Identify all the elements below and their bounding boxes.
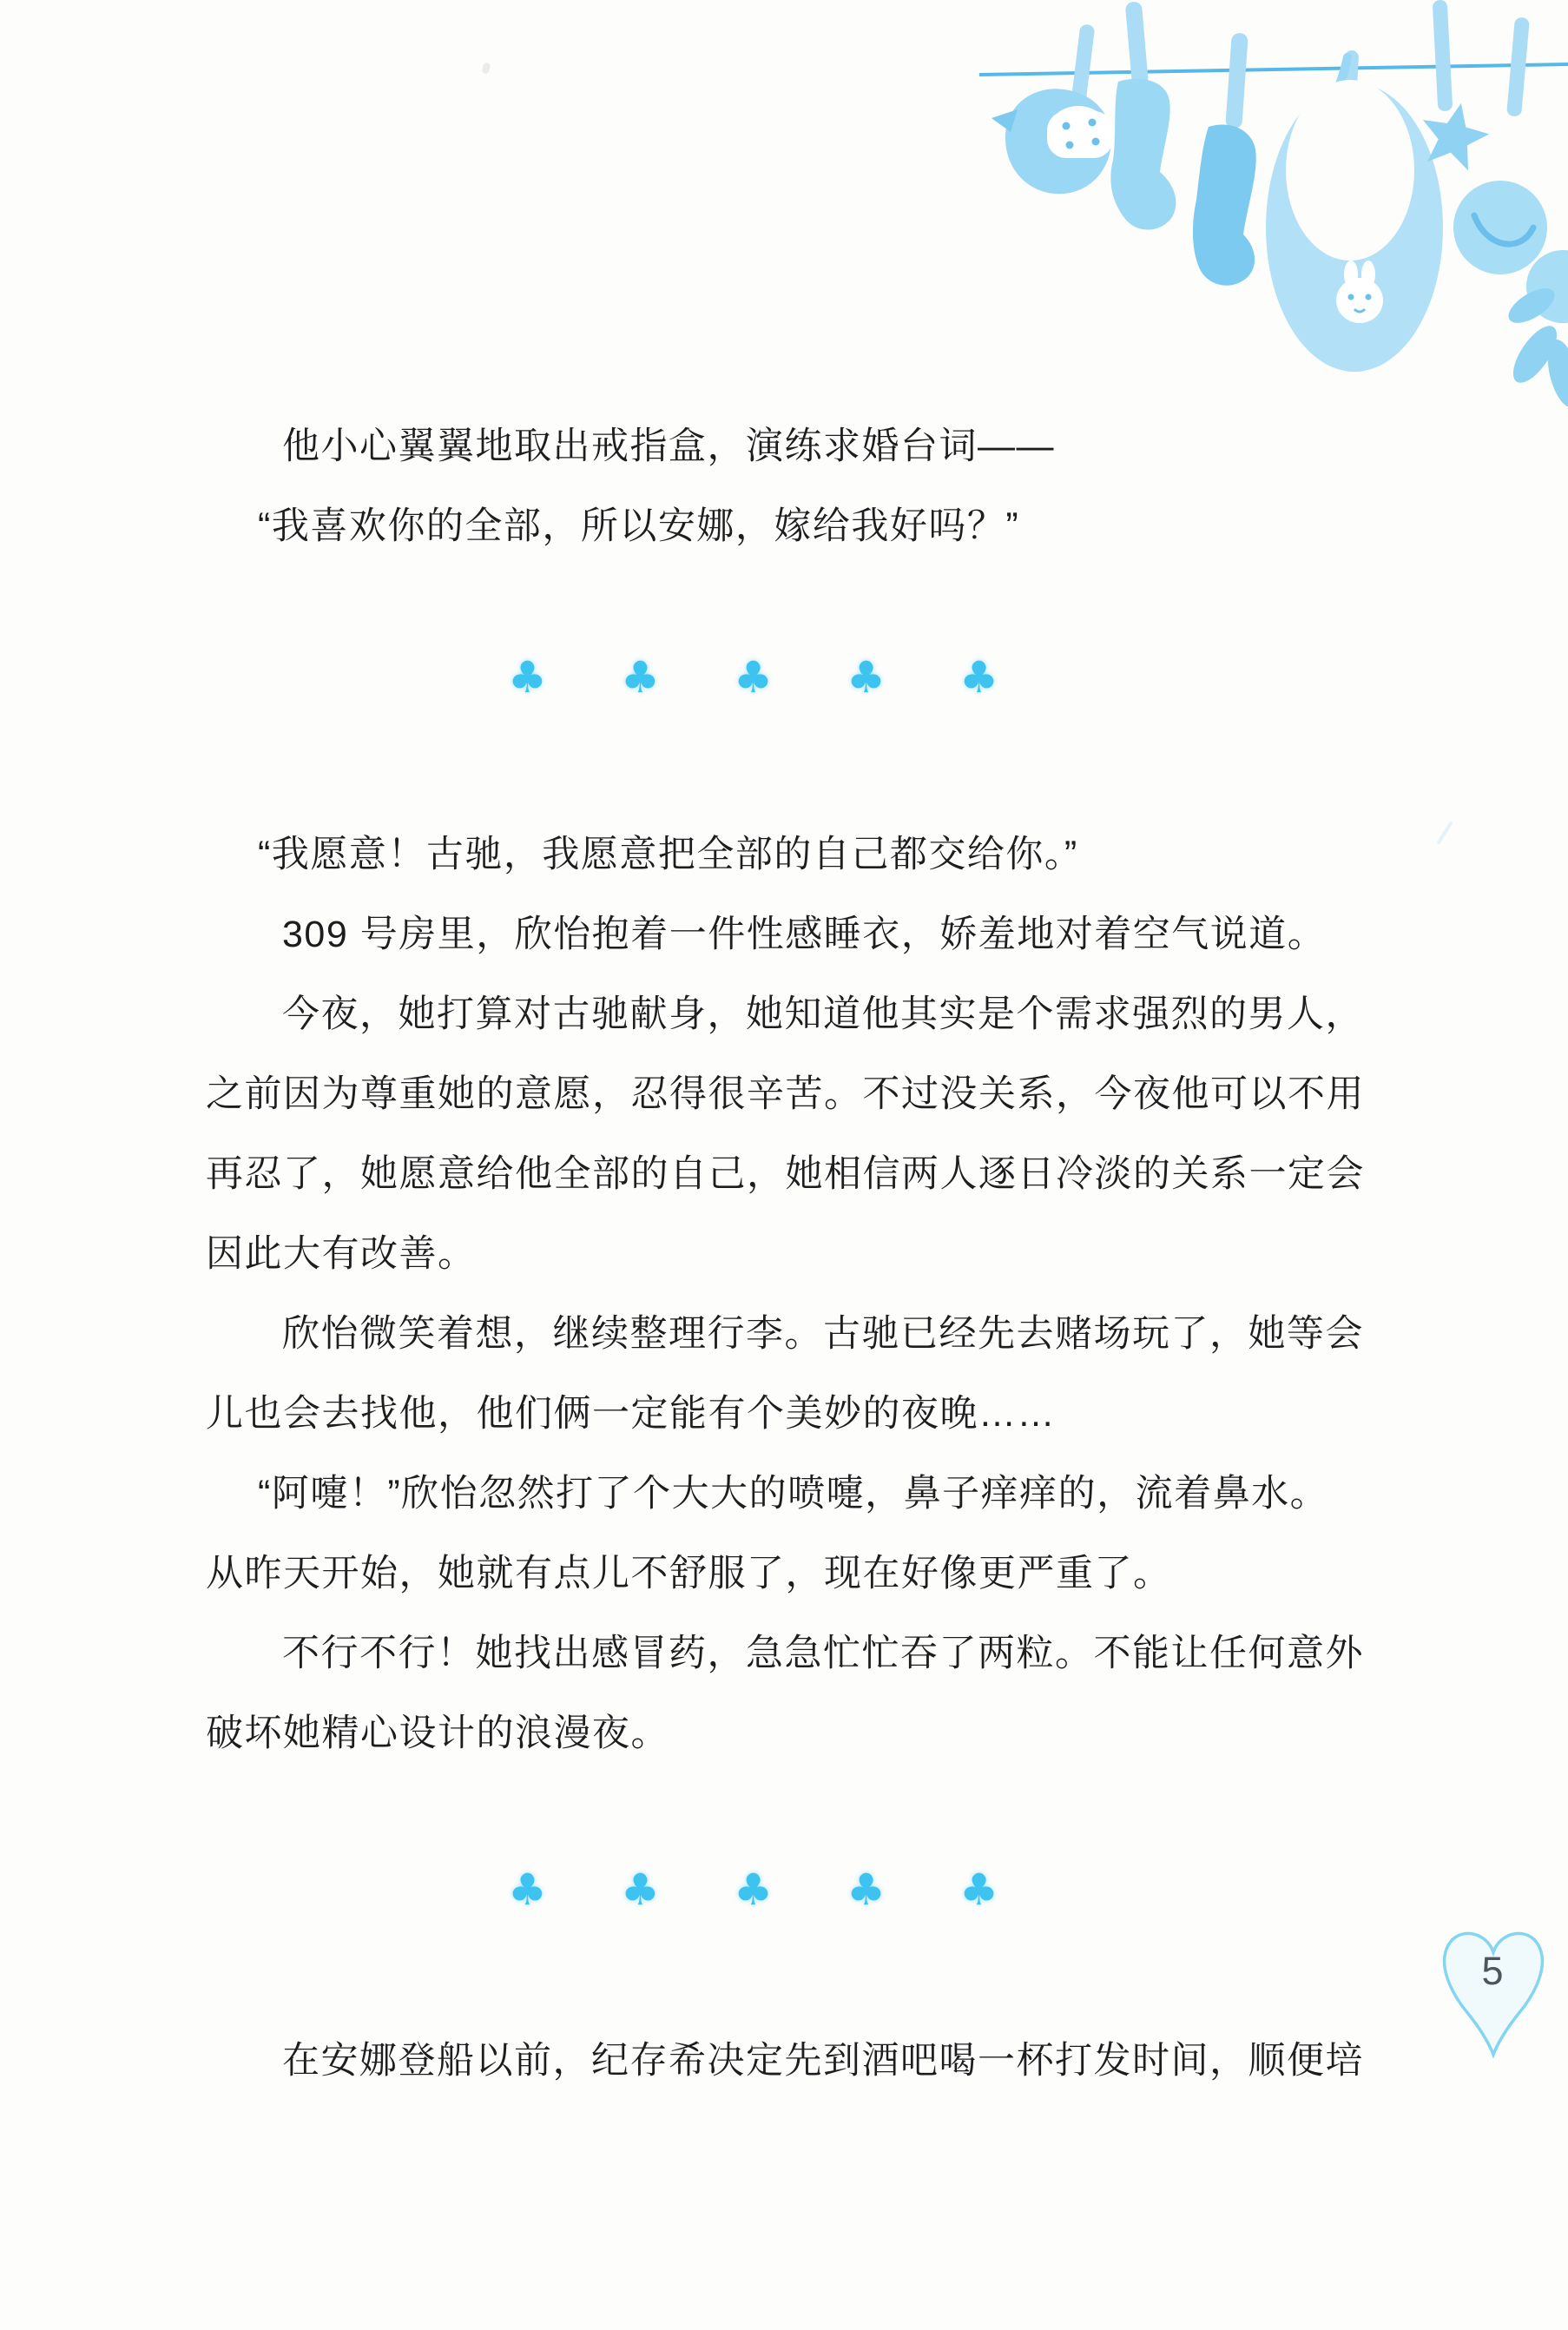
clothespin-icon <box>1125 1 1150 89</box>
bunny-doll-icon <box>1503 250 1568 408</box>
clothespin-icon <box>1225 33 1248 129</box>
mitten-icon <box>1193 125 1256 286</box>
book-page: 他小心翼翼地取出戒指盒，演练求婚台词——“我喜欢你的全部，所以安娜，嫁给我好吗？… <box>0 0 1568 2330</box>
text-line: 不行不行！她找出感冒药，急急忙忙吞了两粒。不能让任何意外 <box>206 1614 1374 1693</box>
page-number: 5 <box>1433 1949 1552 1994</box>
clover-icon: ♣ <box>508 652 547 703</box>
clover-icon: ♣ <box>959 1865 998 1915</box>
text-line: 欣怡微笑着想，继续整理行李。古驰已经先去赌场玩了，她等会 <box>206 1294 1374 1374</box>
text-line: 之前因为尊重她的意愿，忍得很辛苦。不过没关系，今夜他可以不用 <box>206 1054 1374 1134</box>
paragraph-block-1: 他小心翼翼地取出戒指盒，演练求婚台词——“我喜欢你的全部，所以安娜，嫁给我好吗？… <box>206 406 1374 566</box>
clothesline-decoration <box>955 0 1568 408</box>
bird-icon <box>992 89 1113 194</box>
text-line: “我愿意！古驰，我愿意把全部的自己都交给你。” <box>206 815 1374 894</box>
clover-icon: ♣ <box>734 652 773 703</box>
text-line: 在安娜登船以前，纪存希决定先到酒吧喝一杯打发时间，顺便培 <box>206 2021 1374 2101</box>
text-line: 再忍了，她愿意给他全部的自己，她相信两人逐日冷淡的关系一定会 <box>206 1134 1374 1214</box>
text-line: “阿嚏！”欣怡忽然打了个大大的喷嚏，鼻子痒痒的，流着鼻水。 <box>206 1454 1374 1534</box>
text-line: 从昨天开始，她就有点儿不舒服了，现在好像更严重了。 <box>206 1534 1374 1614</box>
bib-icon <box>1266 57 1443 372</box>
clover-icon: ♣ <box>621 1865 660 1915</box>
clover-icon: ♣ <box>508 1865 547 1915</box>
paragraph-block-3: 在安娜登船以前，纪存希决定先到酒吧喝一杯打发时间，顺便培 <box>206 2021 1374 2101</box>
clover-icon: ♣ <box>847 1865 886 1915</box>
clothesline-icon <box>979 64 1568 75</box>
ball-icon <box>1453 181 1547 274</box>
page-number-heart: 5 <box>1433 1917 1558 2058</box>
text-line: “我喜欢你的全部，所以安娜，嫁给我好吗？” <box>206 486 1374 566</box>
text-line: 儿也会去找他，他们俩一定能有个美妙的夜晚…… <box>206 1374 1374 1454</box>
text-line: 因此大有改善。 <box>206 1214 1374 1294</box>
clover-icon: ♣ <box>959 652 998 703</box>
text-line: 今夜，她打算对古驰献身，她知道他其实是个需求强烈的男人， <box>206 974 1374 1054</box>
clover-icon: ♣ <box>734 1865 773 1915</box>
scan-artifact-dot <box>482 62 491 75</box>
clothespin-icon <box>1433 0 1453 111</box>
clover-icon: ♣ <box>847 652 886 703</box>
scan-artifact-streak <box>1436 821 1453 845</box>
clover-divider: ♣♣♣♣♣ <box>508 650 998 705</box>
paragraph-block-2: “我愿意！古驰，我愿意把全部的自己都交给你。”309 号房里，欣怡抱着一件性感睡… <box>206 815 1374 1773</box>
text-line: 破坏她精心设计的浪漫夜。 <box>206 1693 1374 1773</box>
clover-icon: ♣ <box>621 652 660 703</box>
text-line: 他小心翼翼地取出戒指盒，演练求婚台词—— <box>206 406 1374 486</box>
sock-icon <box>1110 79 1176 230</box>
text-line: 309 号房里，欣怡抱着一件性感睡衣，娇羞地对着空气说道。 <box>206 894 1374 974</box>
clover-divider: ♣♣♣♣♣ <box>508 1862 998 1917</box>
